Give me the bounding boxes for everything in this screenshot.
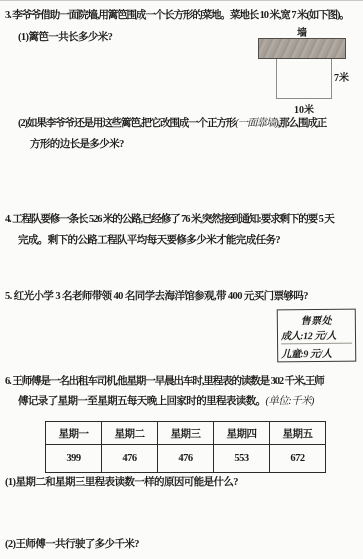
q4-line2: 完成。剩下的公路工程队平均每天要修多少米才能完成任务?	[18, 232, 280, 247]
q3-sub2-paren: (一面靠墙)	[235, 118, 277, 129]
value-day3: 476	[158, 445, 214, 473]
value-day4: 553	[214, 445, 270, 473]
q6-line2-wrap: 傅记录了星期一至星期五每天晚上回家时的里程表读数。(单位:千米)	[18, 393, 314, 408]
q5-stem: 5. 红光小学 3 名老师带领 40 名同学去海洋馆参观,带 400 元买门票够…	[5, 288, 308, 303]
ticket-office-box: 售票处 成人:12 元/人 儿童:9 元/人	[277, 309, 357, 363]
value-day1: 399	[46, 445, 102, 473]
q6-sub2: (2)王师傅一共行驶了多少千米?	[5, 536, 139, 551]
header-day5: 星期五	[270, 422, 326, 445]
q4-line1: 4. 工程队要修一条长 526 米的公路,已经修了 76 米,突然接到通知:要求…	[5, 211, 334, 226]
diagram-garden-rect	[276, 59, 332, 99]
q6-unit-note: (单位:千米)	[266, 396, 314, 407]
mileage-table: 星期一 星期二 星期三 星期四 星期五 399 476 476 553 672	[45, 421, 326, 473]
header-day3: 星期三	[158, 422, 214, 445]
header-day4: 星期四	[214, 422, 270, 445]
q3-sub2-post: ,那么围成正	[278, 118, 327, 129]
q6-line1: 6. 王师傅是一名出租车司机,他星期一早晨出车时,里程表的读数是 302 千米,…	[5, 373, 324, 388]
q6-line2: 傅记录了星期一至星期五每天晚上回家时的里程表读数。	[18, 396, 266, 407]
ticket-child-price: 儿童:9 元/人	[281, 342, 352, 360]
q3-sub1: (1)篱笆一共长多少米?	[18, 29, 112, 44]
diagram-wall-rect	[258, 38, 346, 59]
value-day5: 672	[270, 445, 326, 473]
diagram-height-label: 7米	[334, 69, 349, 84]
q6-sub1: (1)星期二和星期三里程表读数一样的原因可能是什么?	[5, 474, 238, 489]
worksheet-page: 3. 李爷爷借助一面院墙,用篱笆围成一个长方形的菜地。菜地长 10 米,宽 7 …	[0, 0, 363, 559]
q3-sub2-line2: 方形的边长是多少米?	[30, 136, 124, 151]
q3-sub2-pre: (2)如果李爷爷还是用这些篱笆,把它改围成一个正方形	[18, 118, 235, 129]
diagram-wall-label: 墙	[258, 24, 346, 39]
value-day2: 476	[102, 445, 158, 473]
ticket-office-title: 售票处	[281, 311, 352, 327]
q3-stem: 3. 李爷爷借助一面院墙,用篱笆围成一个长方形的菜地。菜地长 10 米,宽 7 …	[5, 7, 349, 22]
diagram-width-label: 10米	[276, 101, 332, 116]
header-day2: 星期二	[102, 422, 158, 445]
header-day1: 星期一	[46, 422, 102, 445]
mileage-header-row: 星期一 星期二 星期三 星期四 星期五	[46, 422, 326, 445]
ticket-adult-price: 成人:12 元/人	[281, 327, 352, 343]
mileage-value-row: 399 476 476 553 672	[46, 445, 326, 473]
q3-sub2-line1: (2)如果李爷爷还是用这些篱笆,把它改围成一个正方形(一面靠墙),那么围成正	[18, 115, 326, 130]
